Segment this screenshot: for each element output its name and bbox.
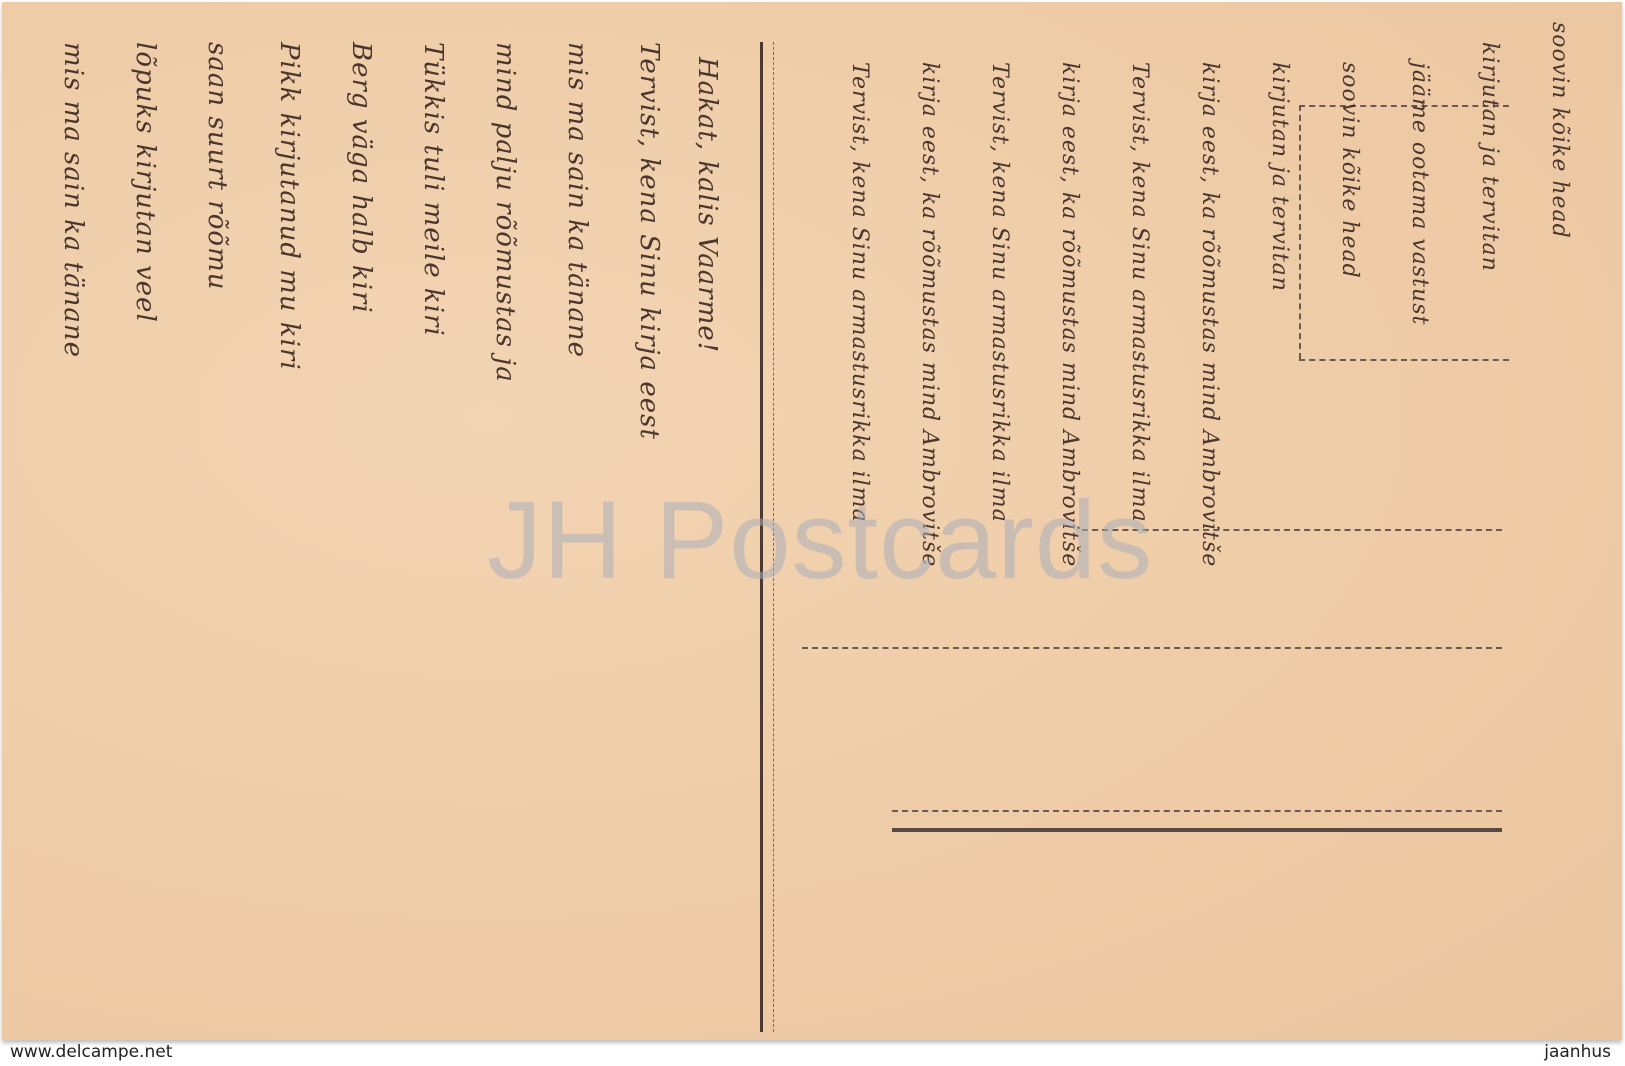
- handwritten-line: mis ma sain ka tänane: [562, 42, 592, 358]
- postcard-back: Hakat, kalis Vaarme! Tervist, kena Sinu …: [2, 2, 1622, 1040]
- address-line-solid: [892, 828, 1502, 832]
- handwritten-line: Tervist, kena Sinu armastusrikka ilma: [1127, 62, 1152, 523]
- handwritten-line: Tükkis tuli meile kiri: [418, 42, 448, 337]
- handwritten-line: soovin kõike head: [1337, 62, 1362, 279]
- address-line-3: [892, 810, 1502, 812]
- handwritten-line: Tervist, kena Sinu kirja eest: [634, 42, 664, 440]
- seller-name-label: jaanhus: [1544, 1042, 1611, 1062]
- handwritten-line: Berg väga halb kiri: [346, 42, 376, 314]
- handwritten-line: soovin kõike head: [1547, 22, 1572, 239]
- handwritten-line: kirja eest, ka rõõmustas mind Ambrovitše: [1197, 62, 1222, 567]
- handwritten-line: Pikk kirjutanud mu kiri: [274, 42, 304, 371]
- handwritten-line: saan suurt rõõmu: [202, 42, 232, 290]
- source-site-label: www.delcampe.net: [10, 1042, 172, 1062]
- stamp-box-bottom: [1299, 359, 1509, 361]
- address-line-2: [802, 647, 1502, 649]
- watermark: JH Postcards: [487, 477, 1153, 604]
- handwritten-line: Tervist, kena Sinu armastusrikka ilma: [987, 62, 1012, 523]
- handwritten-line: jääme ootama vastust: [1407, 62, 1432, 325]
- handwritten-line: mis ma sain ka tänane: [58, 42, 88, 358]
- handwritten-line: kirjutan ja tervitan: [1267, 62, 1292, 292]
- handwritten-line: lõpuks kirjutan veel: [130, 42, 160, 323]
- handwritten-line: Tervist, kena Sinu armastusrikka ilma: [847, 62, 872, 523]
- greeting-text: Hakat, kalis Vaarme!: [692, 57, 722, 353]
- handwritten-line: mind palju rõõmustas ja: [490, 42, 520, 383]
- handwritten-line: kirjutan ja tervitan: [1477, 42, 1502, 272]
- stamp-box-left: [1299, 105, 1301, 359]
